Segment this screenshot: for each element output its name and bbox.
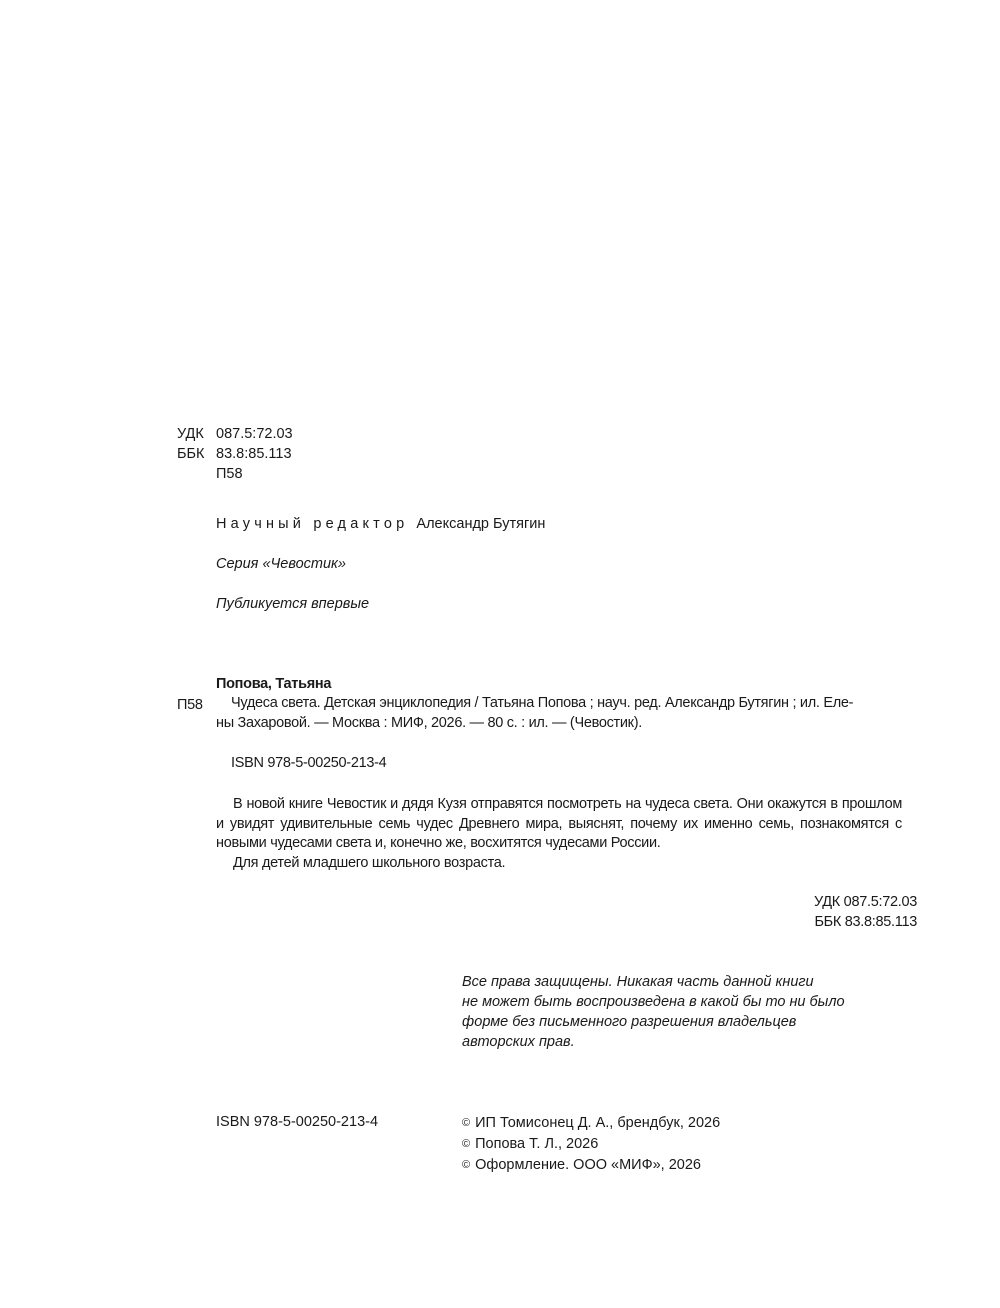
copyright-text: Оформление. ООО «МИФ», 2026 [475, 1157, 701, 1173]
description-line-1: Чудеса света. Детская энциклопедия / Тат… [231, 695, 853, 711]
copyright-item: ©ИП Томисонец Д. А., брендбук, 2026 [462, 1113, 720, 1134]
footer-isbn: ISBN 978-5-00250-213-4 [216, 1114, 378, 1130]
rights-line: форме без письменного разрешения владель… [462, 1012, 845, 1032]
audience-text: Для детей младшего школьного возраста. [216, 854, 902, 874]
rights-line: не может быть воспроизведена в какой бы … [462, 992, 845, 1012]
rights-line: Все права защищены. Никакая часть данной… [462, 972, 845, 992]
copyright-text: ИП Томисонец Д. А., брендбук, 2026 [475, 1115, 720, 1131]
bbk-footer: ББК 83.8:85.113 [814, 914, 917, 930]
copyright-icon: © [462, 1117, 470, 1129]
copyright-icon: © [462, 1159, 470, 1171]
bbk-label: ББК [177, 446, 204, 462]
rights-line: авторских прав. [462, 1032, 845, 1052]
copyright-text: Попова Т. Л., 2026 [475, 1136, 598, 1152]
editor-name: Александр Бутягин [416, 516, 545, 532]
bbk-value: 83.8:85.113 [216, 446, 292, 462]
udk-footer: УДК 087.5:72.03 [814, 894, 917, 910]
copyright-icon: © [462, 1138, 470, 1150]
udk-label: УДК [177, 426, 204, 442]
annotation: В новой книге Чевостик и дядя Кузя отпра… [216, 795, 902, 873]
rights-notice: Все права защищены. Никакая часть данной… [462, 972, 845, 1052]
publication-note: Публикуется впервые [216, 596, 369, 612]
card-isbn: ISBN 978-5-00250-213-4 [231, 755, 386, 771]
editor-role: Научный редактор [216, 516, 408, 532]
card-author-mark: П58 [177, 697, 203, 713]
editor-credit: Научный редактор Александр Бутягин [216, 516, 545, 532]
description-line-2: ны Захаровой. — Москва : МИФ, 2026. — 80… [216, 715, 642, 731]
author-heading: Попова, Татьяна [216, 676, 331, 692]
annotation-text: В новой книге Чевостик и дядя Кузя отпра… [216, 795, 902, 854]
copyright-list: ©ИП Томисонец Д. А., брендбук, 2026 ©Поп… [462, 1113, 720, 1176]
copyright-item: ©Попова Т. Л., 2026 [462, 1134, 720, 1155]
series-name: Серия «Чевостик» [216, 556, 346, 572]
udk-value: 087.5:72.03 [216, 426, 293, 442]
copyright-item: ©Оформление. ООО «МИФ», 2026 [462, 1155, 720, 1176]
author-mark: П58 [216, 466, 243, 482]
